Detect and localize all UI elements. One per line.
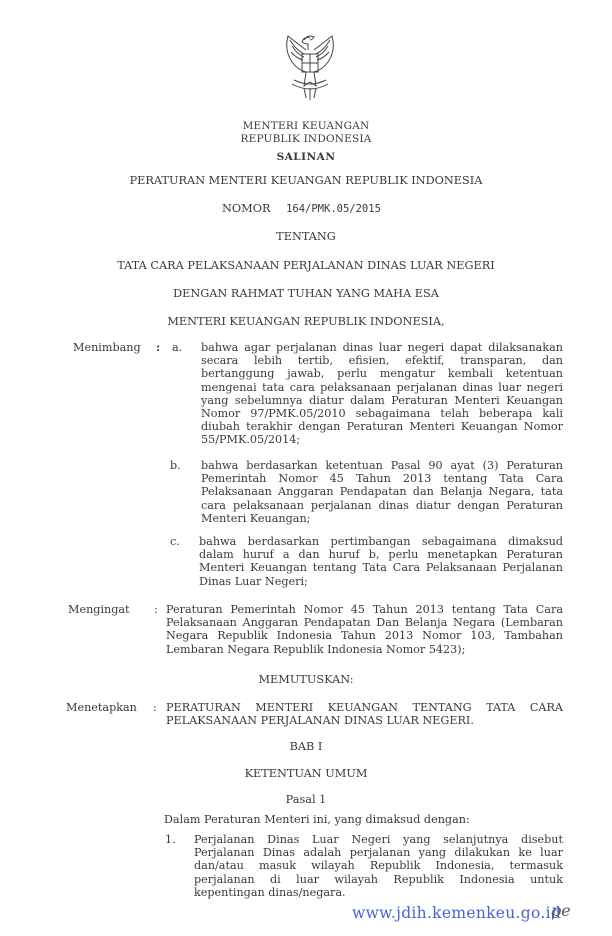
menimbang-marker-a: a. bbox=[172, 341, 182, 354]
menetapkan-text: PERATURAN MENTERI KEUANGAN TENTANG TATA … bbox=[166, 701, 563, 727]
menimbang-item-a: bahwa agar perjalanan dinas luar negeri … bbox=[201, 341, 563, 447]
menimbang-colon: : bbox=[156, 341, 160, 354]
copy-label: SALINAN bbox=[0, 151, 612, 164]
definition-marker-1: 1. bbox=[165, 833, 176, 846]
regulation-subject: TATA CARA PELAKSANAAN PERJALANAN DINAS L… bbox=[0, 259, 612, 272]
menetapkan-label: Menetapkan bbox=[66, 701, 137, 714]
issuer-line-2: REPUBLIK INDONESIA bbox=[0, 133, 612, 146]
issuer-line-1: MENTERI KEUANGAN bbox=[0, 120, 612, 133]
mengingat-colon: : bbox=[154, 603, 158, 616]
memutuskan-heading: MEMUTUSKAN: bbox=[0, 673, 612, 686]
chapter-number: BAB I bbox=[0, 740, 612, 753]
mengingat-text: Peraturan Pemerintah Nomor 45 Tahun 2013… bbox=[166, 603, 563, 656]
menimbang-marker-c: c. bbox=[170, 535, 180, 548]
regulation-number: NOMOR 164/PMK.05/2015 bbox=[222, 202, 381, 215]
menetapkan-colon: : bbox=[153, 701, 157, 714]
menimbang-item-c: bahwa berdasarkan pertimbangan sebagaima… bbox=[199, 535, 563, 588]
chapter-title: KETENTUAN UMUM bbox=[0, 767, 612, 780]
watermark-link[interactable]: www.jdih.kemenkeu.go.id bbox=[352, 904, 561, 922]
about-label: TENTANG bbox=[0, 230, 612, 243]
definition-item-1: Perjalanan Dinas Luar Negeri yang selanj… bbox=[194, 833, 563, 899]
mengingat-label: Mengingat bbox=[68, 603, 130, 616]
garuda-emblem-icon bbox=[284, 30, 336, 112]
menimbang-marker-b: b. bbox=[170, 459, 181, 472]
menimbang-label: Menimbang bbox=[73, 341, 141, 354]
article-intro: Dalam Peraturan Menteri ini, yang dimaks… bbox=[164, 813, 470, 826]
article-number: Pasal 1 bbox=[0, 793, 612, 806]
menimbang-item-b: bahwa berdasarkan ketentuan Pasal 90 aya… bbox=[201, 459, 563, 525]
invocation: DENGAN RAHMAT TUHAN YANG MAHA ESA bbox=[0, 287, 612, 300]
regulation-title: PERATURAN MENTERI KEUANGAN REPUBLIK INDO… bbox=[0, 174, 612, 187]
paraf-initials: pe bbox=[551, 901, 571, 920]
number-label: NOMOR bbox=[222, 202, 270, 215]
authority: MENTERI KEUANGAN REPUBLIK INDONESIA, bbox=[0, 315, 612, 328]
number-value: 164/PMK.05/2015 bbox=[286, 203, 381, 215]
